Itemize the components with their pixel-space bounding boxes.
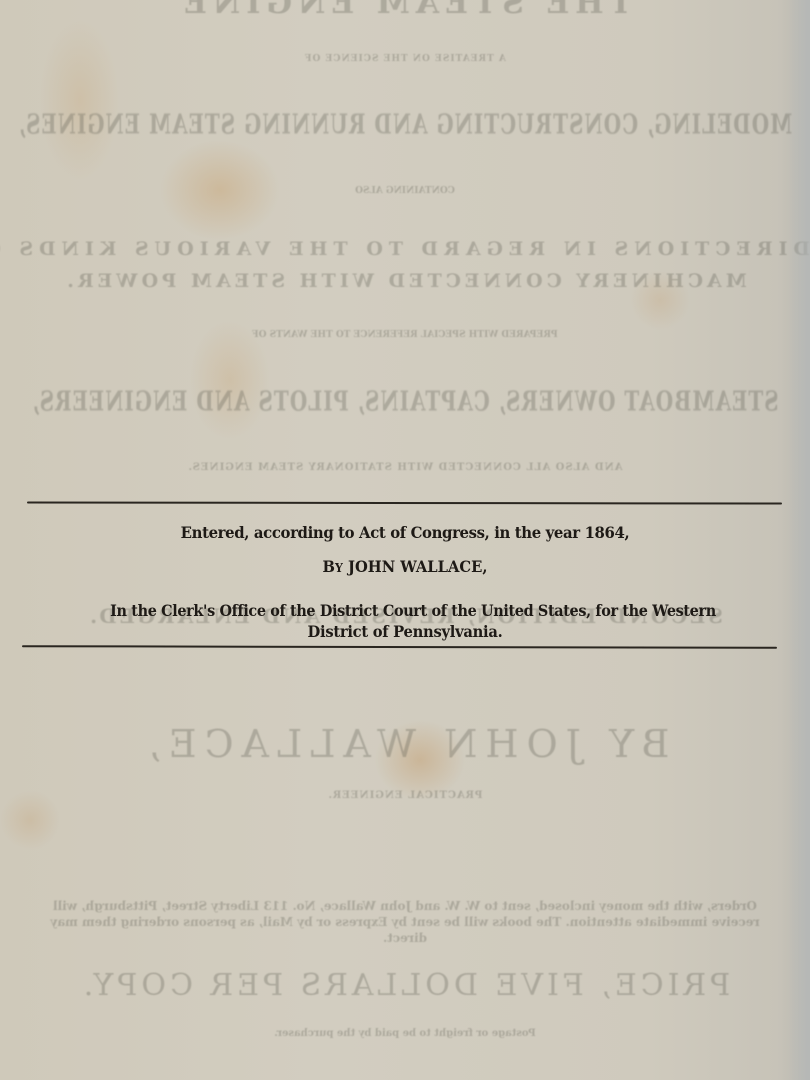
bleed-through-orders: Orders, with the money inclosed, sent to… xyxy=(40,898,770,946)
bleed-through-prepared: PREPARED WITH SPECIAL REFERENCE TO THE W… xyxy=(0,330,810,340)
bleed-through-price: PRICE, FIVE DOLLARS PER COPY. xyxy=(0,968,810,1003)
bottom-rule-divider xyxy=(22,645,777,649)
bleed-through-also: AND ALSO ALL CONNECTED WITH STATIONARY S… xyxy=(0,462,810,473)
bleed-through-modeling: MODELING, CONSTRUCTING AND RUNNING STEAM… xyxy=(0,108,810,140)
author-name: JOHN WALLACE, xyxy=(343,557,488,576)
page-edge-shadow xyxy=(788,0,810,1080)
bleed-through-title: THE STEAM ENGINE xyxy=(0,0,810,21)
bleed-through-containing: CONTAINING ALSO xyxy=(0,186,810,196)
top-rule-divider xyxy=(27,501,782,504)
bleed-through-treatise: A TREATISE ON THE SCIENCE OF xyxy=(0,54,810,64)
copyright-author-line: BY JOHN WALLACE, xyxy=(32,557,777,576)
copyright-office-line: In the Clerk's Office of the District Co… xyxy=(49,601,778,620)
copyright-district-line: District of Pennsylvania. xyxy=(32,622,777,641)
copyright-entry-line: Entered, according to Act of Congress, i… xyxy=(28,523,781,542)
bleed-through-directions: DIRECTIONS IN REGARD TO THE VARIOUS KIND… xyxy=(0,238,810,260)
bleed-through-steamboat: STEAMBOAT OWNERS, CAPTAINS, PILOTS AND E… xyxy=(0,385,810,417)
bleed-through-author: BY JOHN WALLACE, xyxy=(0,722,810,766)
by-initial: B xyxy=(323,557,335,576)
bleed-through-machinery: MACHINERY CONNECTED WITH STEAM POWER. xyxy=(0,270,810,292)
bleed-through-postage: Postage or freight to be paid by the pur… xyxy=(0,1028,810,1039)
book-page: THE STEAM ENGINE A TREATISE ON THE SCIEN… xyxy=(0,0,810,1080)
bleed-through-practical: PRACTICAL ENGINEER. xyxy=(0,790,810,801)
